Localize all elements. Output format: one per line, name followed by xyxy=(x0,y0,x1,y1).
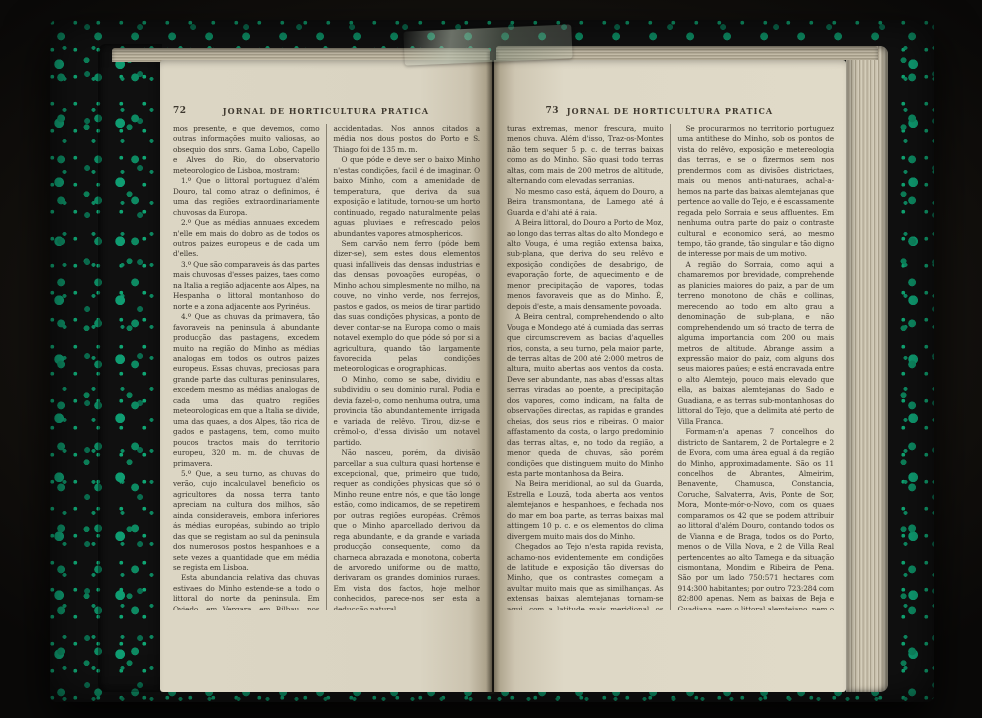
paragraph: 2.º Que as médias annuaes excedem n'elle… xyxy=(173,218,320,260)
page-edges-left xyxy=(98,44,162,692)
paragraph: Formam-n'a apenas 7 concelhos do distric… xyxy=(678,427,835,610)
paragraph: A Beira central, comprehendendo o alto V… xyxy=(507,312,664,479)
paragraph: Sem carvão nem ferro (póde bem dizer-se)… xyxy=(334,239,481,375)
paragraph: accidentadas. Nos annos citados a média … xyxy=(334,124,481,155)
text-column-2: accidentadas. Nos annos citados a média … xyxy=(326,124,481,610)
text-block-left: mos presente, e que devemos, como outras… xyxy=(173,124,480,610)
paragraph: O Minho, como se sabe, dividiu e subdivi… xyxy=(334,375,481,448)
paragraph: Chegados ao Tejo n'esta rapida revista, … xyxy=(507,542,664,610)
paragraph: No mesmo caso está, áquem do Douro, a Be… xyxy=(507,187,664,218)
paragraph: 1.º Que o littoral portuguez d'além Dour… xyxy=(173,176,320,218)
paragraph: 3.º Que são comparaveis ás das partes ma… xyxy=(173,260,320,312)
photo-background: 72 JORNAL DE HORTICULTURA PRATICA mos pr… xyxy=(0,0,982,718)
paragraph: A região do Sorraia, como aqui a chamare… xyxy=(678,260,835,427)
paragraph: turas extremas, menor frescura, muito me… xyxy=(507,124,664,187)
page-left: 72 JORNAL DE HORTICULTURA PRATICA mos pr… xyxy=(160,60,492,692)
paragraph: A Beira littoral, do Douro a Porto de Mo… xyxy=(507,218,664,312)
page-edges-right xyxy=(846,46,888,692)
paragraph: O que póde e deve ser o baixo Minho n'es… xyxy=(334,155,481,239)
text-column-3: turas extremas, menor frescura, muito me… xyxy=(507,124,670,610)
paragraph: 4.º Que as chuvas da primavera, tão favo… xyxy=(173,312,320,469)
paragraph: Se procurarmos no territorio portuguez u… xyxy=(678,124,835,260)
paragraph: Esta abundancia relativa das chuvas esti… xyxy=(173,573,320,610)
page-right: JORNAL DE HORTICULTURA PRATICA 73 turas … xyxy=(494,60,846,692)
gutter-shadow xyxy=(486,52,500,694)
journal-title: JORNAL DE HORTICULTURA PRATICA xyxy=(507,106,833,116)
text-block-right: turas extremas, menor frescura, muito me… xyxy=(507,124,834,610)
page-header-left: 72 JORNAL DE HORTICULTURA PRATICA xyxy=(173,106,479,118)
paragraph: mos presente, e que devemos, como outras… xyxy=(173,124,320,176)
text-column-4: Se procurarmos no territorio portuguez u… xyxy=(670,124,835,610)
text-column-1: mos presente, e que devemos, como outras… xyxy=(173,124,326,610)
page-header-right: JORNAL DE HORTICULTURA PRATICA 73 xyxy=(507,106,833,118)
paragraph: Não nasceu, porém, da divisão parcellar … xyxy=(334,448,481,610)
paragraph: Na Beira meridional, ao sul da Guarda, E… xyxy=(507,479,664,542)
paragraph: 5.º Que, a seu turno, as chuvas do verão… xyxy=(173,469,320,574)
journal-title: JORNAL DE HORTICULTURA PRATICA xyxy=(173,106,479,116)
